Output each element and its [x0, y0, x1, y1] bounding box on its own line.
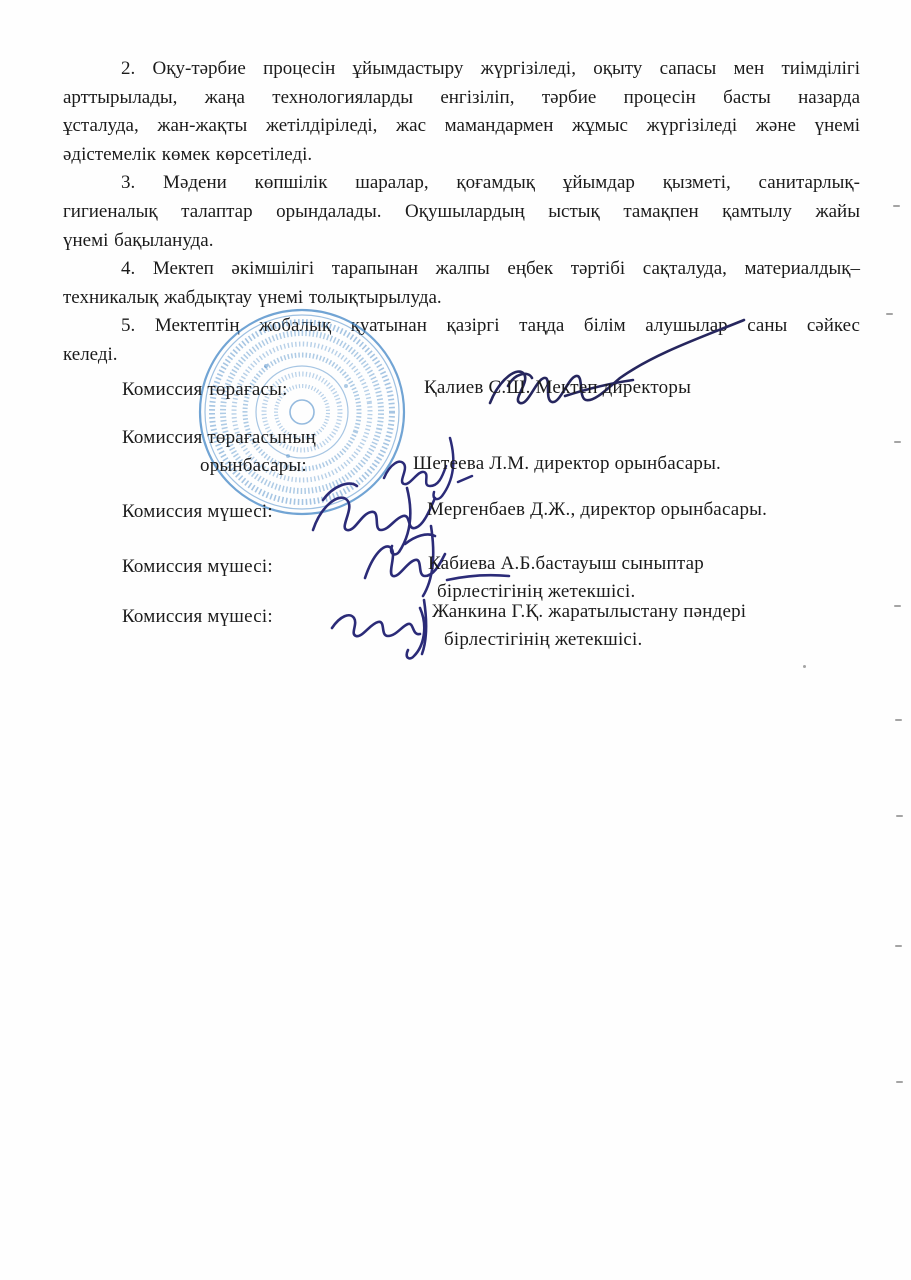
commission-role-label: Комиссия төрағасының [122, 427, 316, 449]
signatory-name: Шетеева Л.М. директор орынбасары. [413, 453, 721, 475]
scan-artifact [896, 815, 903, 817]
commission-role-label: орынбасары: [200, 455, 307, 477]
scan-artifact [894, 441, 901, 443]
signatory-name: бірлестігінің жетекшісі. [437, 581, 635, 603]
text-line: әдістемелік көмек көрсетіледі. [63, 141, 860, 170]
text-line: 2. Оқу-тәрбие процесін ұйымдастыру жүргі… [63, 55, 860, 84]
scan-artifact [894, 605, 901, 607]
document-page: 2. Оқу-тәрбие процесін ұйымдастыру жүргі… [0, 0, 911, 1280]
signatory-name: бірлестігінің жетекшісі. [444, 629, 642, 651]
text-line: ұсталуда, жан-жақты жетілдіріледі, жас м… [63, 112, 860, 141]
scan-artifact [895, 945, 902, 947]
commission-role-label: Комиссия мүшесі: [122, 556, 273, 578]
scan-artifact [803, 665, 806, 668]
signature-ink-chairman [470, 308, 760, 423]
commission-role-label: Комиссия төрағасы: [122, 379, 288, 401]
text-line: 4. Мектеп әкімшілігі тарапынан жалпы еңб… [63, 255, 860, 284]
scan-artifact [893, 205, 900, 207]
text-line: гигиеналық талаптар орындалады. Оқушылар… [63, 198, 860, 227]
signatory-name: Мергенбаев Д.Ж., директор орынбасары. [427, 499, 767, 521]
commission-role-label: Комиссия мүшесі: [122, 606, 273, 628]
commission-role-label: Комиссия мүшесі: [122, 501, 273, 523]
text-line: үнемі бақылануда. [63, 227, 860, 256]
signatory-name: Кабиева А.Б.бастауыш сыныптар [428, 553, 704, 575]
signatory-name: Қалиев С.Ш. Мектеп директоры [424, 377, 691, 399]
text-line: арттырылады, жаңа технологияларды енгізі… [63, 84, 860, 113]
signature-ink-member-3 [320, 586, 455, 666]
signatory-name: Жанкина Г.Қ. жаратылыстану пәндері [432, 601, 746, 623]
scan-artifact [896, 1081, 903, 1083]
text-line: 3. Мәдени көпшілік шаралар, қоғамдық ұйы… [63, 169, 860, 198]
scan-artifact [895, 719, 902, 721]
scan-artifact [886, 313, 893, 315]
